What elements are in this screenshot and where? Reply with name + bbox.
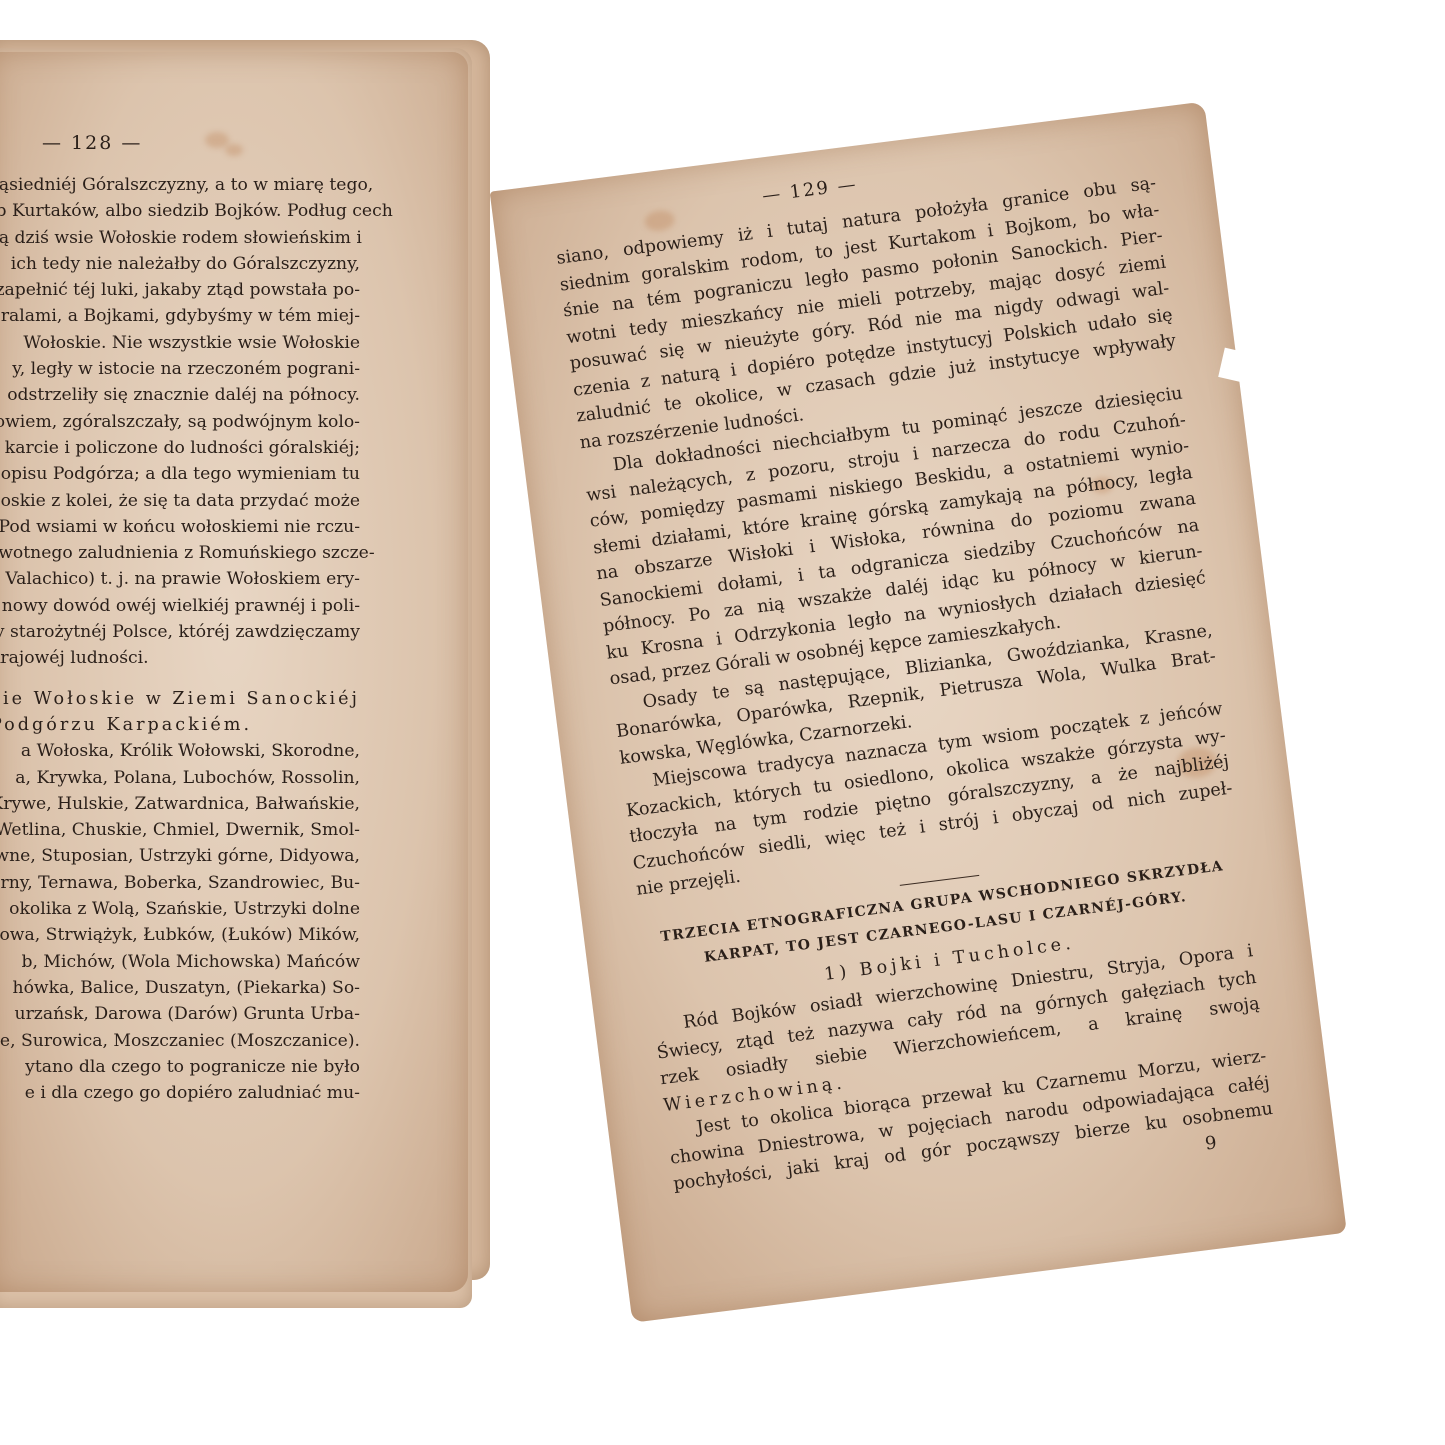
list-line: okolika z Wolą, Szańskie, Ustrzyki dolne <box>0 896 360 922</box>
list-line: a Wołoska, Królik Wołowski, Skorodne, <box>0 738 360 764</box>
text-line: owiem, zgóralszczały, są podwójnym kolo- <box>0 409 360 435</box>
list-line: órny, Ternawa, Boberka, Szandrowiec, Bu- <box>0 870 360 896</box>
subtitle-line: Podgórzu Karpackiém. <box>0 712 230 738</box>
list-line: owa, Strwiążyk, Łubków, (Łuków) Mików, <box>0 922 360 948</box>
subtitle-line: sie Wołoskie w Ziemi Sanockiéj <box>0 686 360 712</box>
list-line: hówka, Balice, Duszatyn, (Piekarka) So- <box>0 975 360 1001</box>
list-line: Wetlina, Chuskie, Chmiel, Dwernik, Smol- <box>0 817 360 843</box>
list-line: ie, Surowica, Moszczaniec (Moszczanice). <box>0 1028 360 1054</box>
list-line: a, Krywka, Polana, Lubochów, Rossolin, <box>0 765 360 791</box>
text-line: opisu Podgórza; a dla tego wymieniam tu <box>0 461 360 487</box>
paper-stain <box>643 209 675 233</box>
right-page-body: siano, odpowiemy iż i tutaj natura położ… <box>555 170 1278 1224</box>
text-line: karcie i policzone do ludności góralskié… <box>0 435 360 461</box>
text-line: Pod wsiami w końcu wołoskiemi nie rczu- <box>0 514 360 540</box>
list-line: e i dla czego go dopiéro zaludniać mu- <box>0 1080 360 1106</box>
text-line: rwotnego zaludnienia z Romuńskiego szcze… <box>0 540 360 566</box>
list-line: urzańsk, Darowa (Darów) Grunta Urba- <box>0 1001 360 1027</box>
list-line: wne, Stuposian, Ustrzyki górne, Didyowa, <box>0 843 360 869</box>
text-line: ich tedy nie należałby do Góralszczyzny, <box>0 251 360 277</box>
list-line: ytano dla czego to pogranicze nie było <box>0 1054 360 1080</box>
paper-stain <box>205 132 229 148</box>
text-line: oskie z kolei, że się ta data przydać mo… <box>0 488 360 514</box>
left-page-body: sąsiedniéj Góralszczyzny, a to w miarę t… <box>0 172 360 1106</box>
left-page-128: — 128 — sąsiedniéj Góralszczyzny, a to w… <box>0 52 468 1292</box>
paper-stain <box>225 144 243 156</box>
text-line: Wołoskie. Nie wszystkie wsie Wołoskie <box>0 330 360 356</box>
text-line: v starożytnéj Polsce, któréj zawdzięczam… <box>0 619 360 645</box>
section-divider <box>900 874 979 885</box>
text-line: nowy dowód owéj wielkiéj prawnéj i poli- <box>0 593 360 619</box>
text-line: ib Kurtaków, albo siedzib Bojków. Podług… <box>0 198 360 224</box>
spacer <box>0 672 360 686</box>
text-line: sąsiedniéj Góralszczyzny, a to w miarę t… <box>0 172 360 198</box>
list-line: b, Michów, (Wola Michowska) Mańców <box>0 949 360 975</box>
text-line: krajowéj ludności. <box>0 645 160 671</box>
page-number-left: — 128 — <box>42 132 142 154</box>
page-number-right: — 129 — <box>761 174 859 207</box>
text-line: Valachico) t. j. na prawie Wołoskiem ery… <box>0 566 360 592</box>
right-page-129: — 129 — siano, odpowiemy iż i tutaj natu… <box>490 102 1347 1323</box>
text-line: y, legły w istocie na rzeczoném pograni- <box>0 356 360 382</box>
text-line: odstrzeliły się znacznie daléj na północ… <box>0 382 360 408</box>
text-line: óralami, a Bojkami, gdybyśmy w tém miej- <box>0 303 360 329</box>
page-tear <box>1218 348 1248 383</box>
list-line: Krywe, Hulskie, Zatwardnica, Bałwańskie, <box>0 791 360 817</box>
text-line: są dziś wsie Wołoskie rodem słowieńskim … <box>0 225 360 251</box>
text-line: zapełnić téj luki, jakaby ztąd powstała … <box>0 277 360 303</box>
